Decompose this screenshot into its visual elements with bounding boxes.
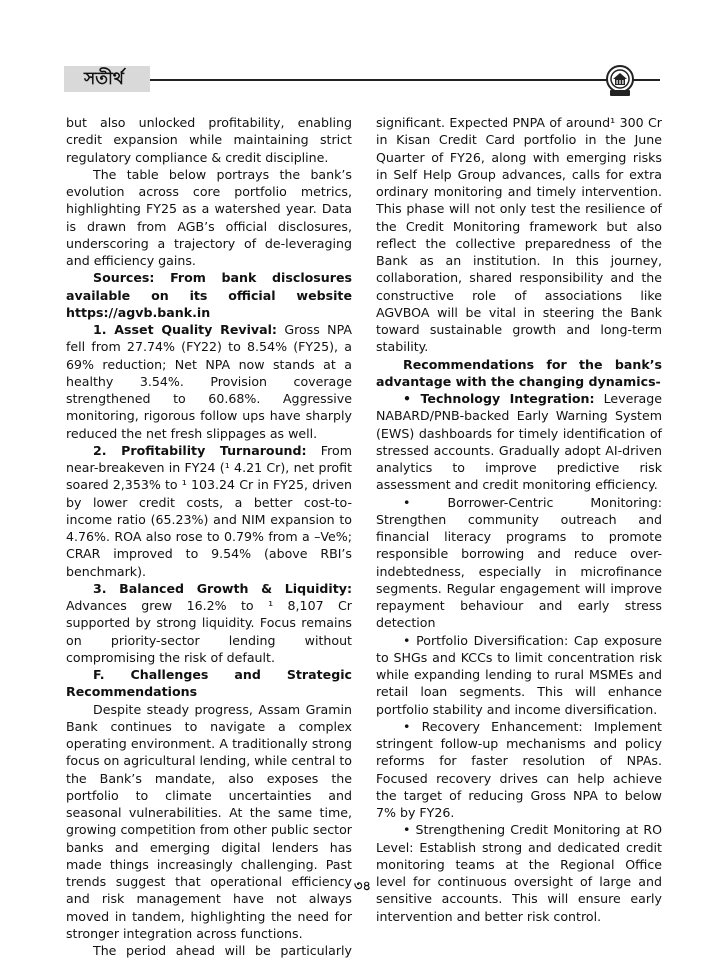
section-heading: F. Challenges and Strategic Recommendati… [66, 666, 352, 701]
sources-note: Sources: From bank disclosures available… [66, 269, 352, 321]
bullet-body: Strengthening Credit Monitoring at RO Le… [376, 822, 662, 923]
bullet-body: Borrower-Centric Monitoring: Strengthen … [376, 495, 662, 631]
agvboa-emblem-icon [604, 64, 636, 98]
paragraph: The period ahead will be particularly [66, 942, 352, 959]
bullet-title: • [403, 633, 416, 648]
left-column: but also unlocked profitability, enablin… [66, 114, 352, 959]
paragraph: but also unlocked profitability, enablin… [66, 114, 352, 166]
list-item: • Portfolio Diversification: Cap exposur… [376, 632, 662, 718]
list-item: 2. Profitability Turnaround: From near-b… [66, 442, 352, 580]
bullet-title: • [403, 822, 416, 837]
paragraph: The table below portrays the bank’s evol… [66, 166, 352, 270]
magazine-title: সতীর্থ [84, 66, 124, 92]
item-title: 3. Balanced Growth & Liquidity: [93, 581, 352, 596]
paragraph: Despite steady progress, Assam Gramin Ba… [66, 701, 352, 943]
header-divider [150, 79, 660, 81]
list-item: 1. Asset Quality Revival: Gross NPA fell… [66, 321, 352, 442]
item-body: Gross NPA fell from 27.74% (FY22) to 8.5… [66, 322, 352, 441]
list-item: • Recovery Enhancement: Implement string… [376, 718, 662, 822]
list-item: • Borrower-Centric Monitoring: Strengthe… [376, 494, 662, 632]
item-body: Advances grew 16.2% to ¹ 8,107 Cr suppor… [66, 598, 352, 665]
section-heading: Recommendations for the bank’s advantage… [376, 356, 662, 391]
bullet-body: Leverage NABARD/PNB-backed Early Warning… [376, 391, 662, 492]
bullet-title: • Technology Integration: [403, 391, 595, 406]
right-column: significant. Expected PNPA of around¹ 30… [376, 114, 662, 925]
bullet-title: • [403, 719, 422, 734]
list-item: 3. Balanced Growth & Liquidity: Advances… [66, 580, 352, 666]
list-item: • Technology Integration: Leverage NABAR… [376, 390, 662, 494]
paragraph: significant. Expected PNPA of around¹ 30… [376, 114, 662, 356]
item-title: 1. Asset Quality Revival: [93, 322, 277, 337]
item-title: 2. Profitability Turnaround: [93, 443, 307, 458]
bullet-body: Portfolio Diversification: Cap exposure … [376, 633, 662, 717]
item-body: From near-breakeven in FY24 (¹ 4.21 Cr),… [66, 443, 352, 579]
list-item: • Strengthening Credit Monitoring at RO … [376, 821, 662, 925]
page-number: ৩৪ [0, 877, 725, 898]
bullet-title: • [403, 495, 447, 510]
